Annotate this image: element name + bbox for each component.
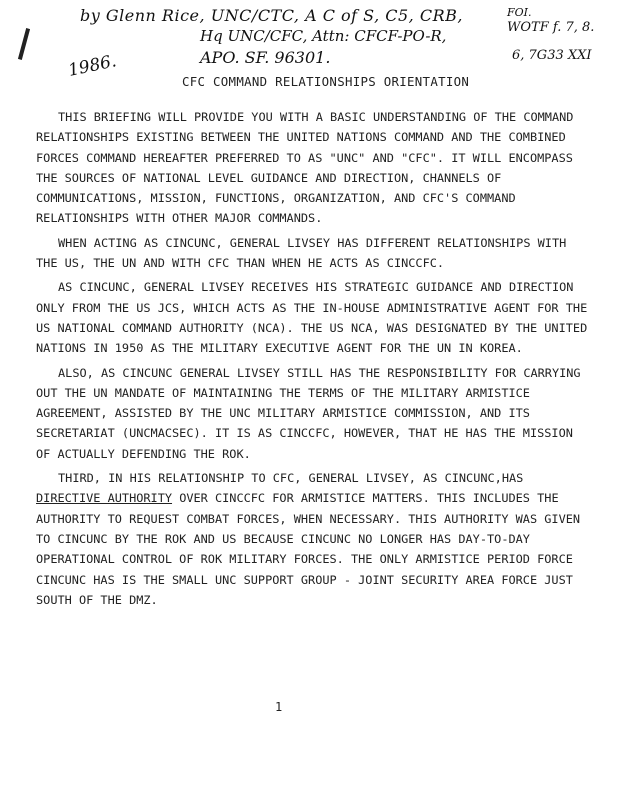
handwritten-author-line: by Glenn Rice, UNC/CTC, A C of S, C5, CR… [80, 6, 463, 25]
paragraph-directive-authority: THIRD, IN HIS RELATIONSHIP TO CFC, GENER… [36, 468, 606, 610]
text-fragment: OVER CINCCFC FOR ARMISTICE MATTERS. THIS… [172, 491, 559, 505]
text-line: SECRETARIAT (UNCMACSEC). IT IS AS CINCCF… [36, 423, 606, 443]
underlined-term: DIRECTIVE AUTHORITY [36, 491, 172, 505]
text-line: OUT THE UN MANDATE OF MAINTAINING THE TE… [36, 383, 606, 403]
text-line: SOUTH OF THE DMZ. [36, 590, 606, 610]
handwritten-address-line: Hq UNC/CFC, Attn: CFCF-PO-R, [200, 27, 446, 45]
ink-blot [18, 28, 30, 60]
text-line: OF ACTUALLY DEFENDING THE ROK. [36, 444, 606, 464]
paragraph-armistice-responsibility: ALSO, AS CINCUNC GENERAL LIVSEY STILL HA… [36, 363, 606, 464]
text-line: AGREEMENT, ASSISTED BY THE UNC MILITARY … [36, 403, 606, 423]
handwritten-year: 1986. [66, 51, 118, 81]
text-line: ALSO, AS CINCUNC GENERAL LIVSEY STILL HA… [36, 363, 606, 383]
handwritten-ref-foi: FOI. [507, 6, 532, 19]
text-line: OPERATIONAL CONTROL OF ROK MILITARY FORC… [36, 549, 606, 569]
text-line: RELATIONSHIPS EXISTING BETWEEN THE UNITE… [36, 127, 606, 147]
text-line: DIRECTIVE AUTHORITY OVER CINCCFC FOR ARM… [36, 488, 606, 508]
text-line: THE SOURCES OF NATIONAL LEVEL GUIDANCE A… [36, 168, 606, 188]
document-title: CFC COMMAND RELATIONSHIPS ORIENTATION [182, 74, 469, 89]
text-line: AS CINCUNC, GENERAL LIVSEY RECEIVES HIS … [36, 277, 606, 297]
handwritten-ref-code: 6, 7G33 XXI [512, 48, 592, 63]
paragraph-cincunc-relationships: WHEN ACTING AS CINCUNC, GENERAL LIVSEY H… [36, 233, 606, 274]
text-line: THE US, THE UN AND WITH CFC THAN WHEN HE… [36, 253, 606, 273]
paragraph-strategic-guidance: AS CINCUNC, GENERAL LIVSEY RECEIVES HIS … [36, 277, 606, 358]
text-line: THIRD, IN HIS RELATIONSHIP TO CFC, GENER… [36, 468, 606, 488]
page-number: 1 [275, 700, 282, 714]
text-line: TO CINCUNC BY THE ROK AND US BECAUSE CIN… [36, 529, 606, 549]
text-line: WHEN ACTING AS CINCUNC, GENERAL LIVSEY H… [36, 233, 606, 253]
text-line: AUTHORITY TO REQUEST COMBAT FORCES, WHEN… [36, 509, 606, 529]
text-line: ONLY FROM THE US JCS, WHICH ACTS AS THE … [36, 298, 606, 318]
paragraph-intro: THIS BRIEFING WILL PROVIDE YOU WITH A BA… [36, 107, 606, 229]
text-line: RELATIONSHIPS WITH OTHER MAJOR COMMANDS. [36, 208, 606, 228]
text-line: FORCES COMMAND HEREAFTER PREFERRED TO AS… [36, 148, 606, 168]
text-line: NATIONS IN 1950 AS THE MILITARY EXECUTIV… [36, 338, 606, 358]
handwritten-ref-wotf: WOTF f. 7, 8. [507, 20, 594, 35]
text-line: COMMUNICATIONS, MISSION, FUNCTIONS, ORGA… [36, 188, 606, 208]
text-line: US NATIONAL COMMAND AUTHORITY (NCA). THE… [36, 318, 606, 338]
document-body: THIS BRIEFING WILL PROVIDE YOU WITH A BA… [36, 107, 606, 614]
text-line: THIS BRIEFING WILL PROVIDE YOU WITH A BA… [36, 107, 606, 127]
handwritten-apo-line: APO. SF. 96301. [200, 48, 330, 67]
text-line: CINCUNC HAS IS THE SMALL UNC SUPPORT GRO… [36, 570, 606, 590]
